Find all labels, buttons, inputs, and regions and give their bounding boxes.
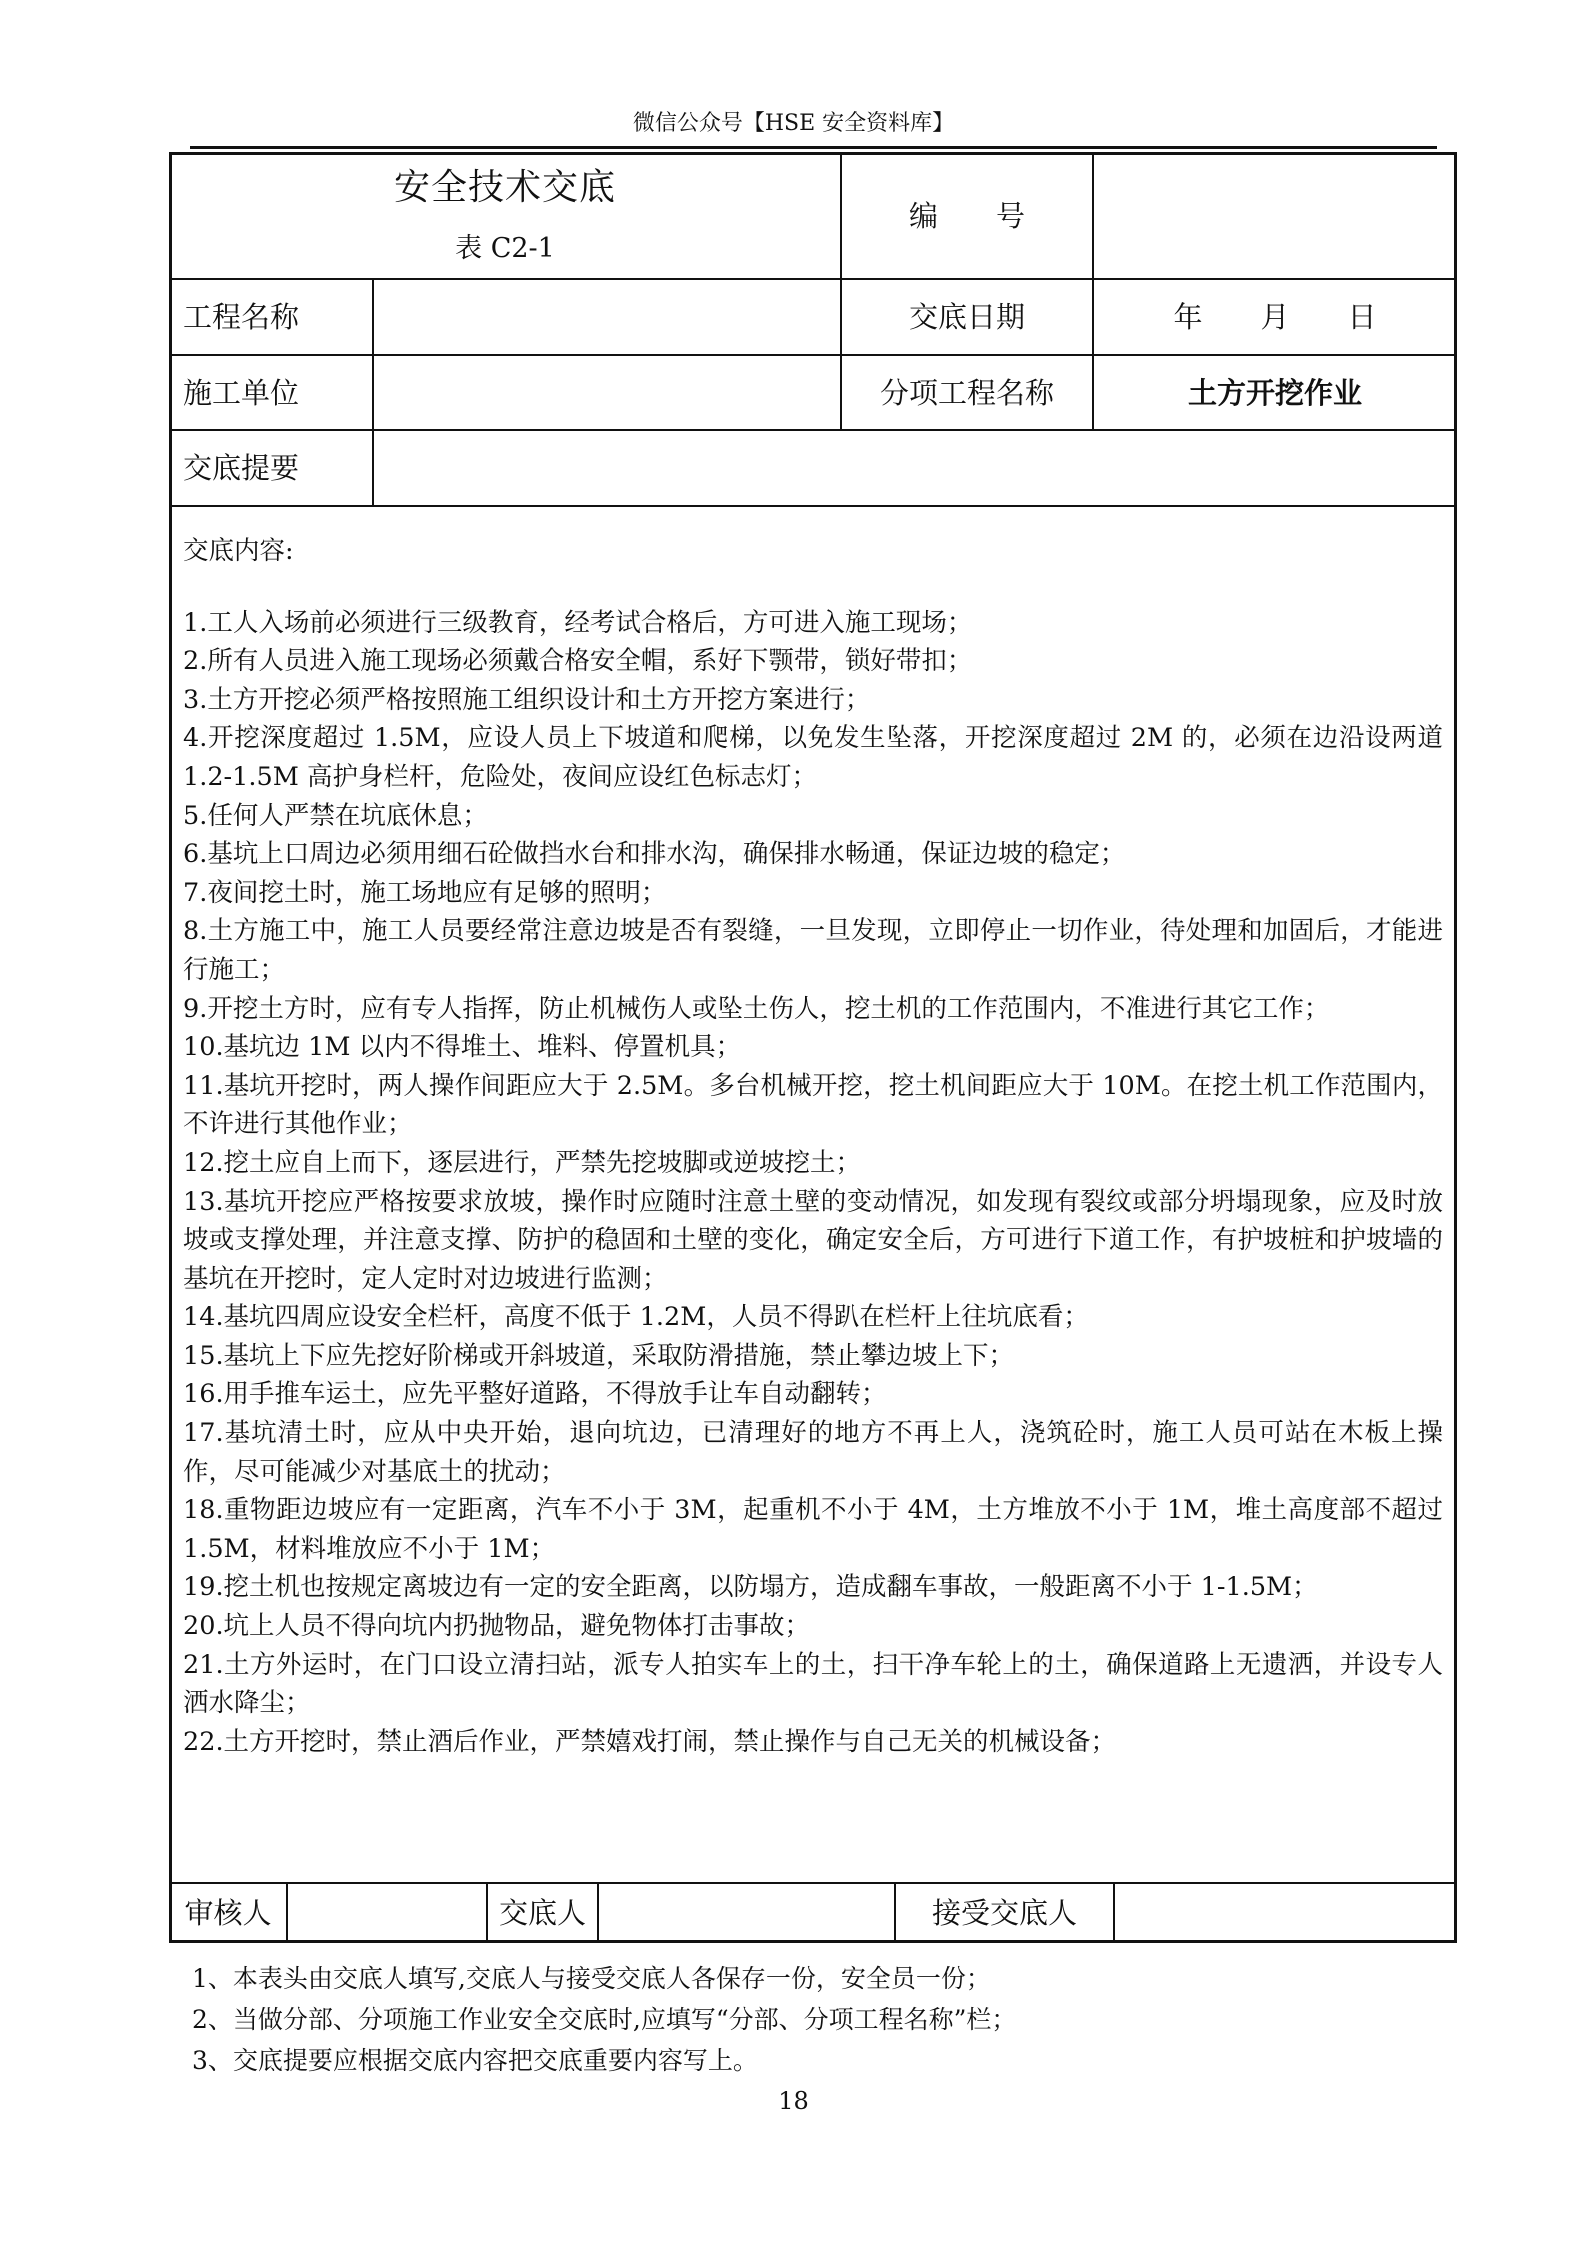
form-notes: 1、本表头由交底人填写,交底人与接受交底人各保存一份，安全员一份； 2、当做分部… bbox=[192, 1958, 1016, 2081]
page-header: 微信公众号【HSE 安全资料库】 bbox=[0, 110, 1587, 138]
header-rule bbox=[190, 146, 1437, 149]
note-item: 2、当做分部、分项施工作业安全交底时,应填写“分部、分项工程名称”栏； bbox=[192, 1999, 1016, 2040]
note-item: 3、交底提要应根据交底内容把交底重要内容写上。 bbox=[192, 2040, 1016, 2081]
note-item: 1、本表头由交底人填写,交底人与接受交底人各保存一份，安全员一份； bbox=[192, 1958, 1016, 1999]
page-number: 18 bbox=[0, 2086, 1587, 2116]
safety-briefing-form: 安全技术交底 表 C2-1 编 号 工程名称 交底日期 年 月 日 施工单位 分… bbox=[169, 152, 1457, 1943]
table-border bbox=[169, 152, 1457, 1943]
